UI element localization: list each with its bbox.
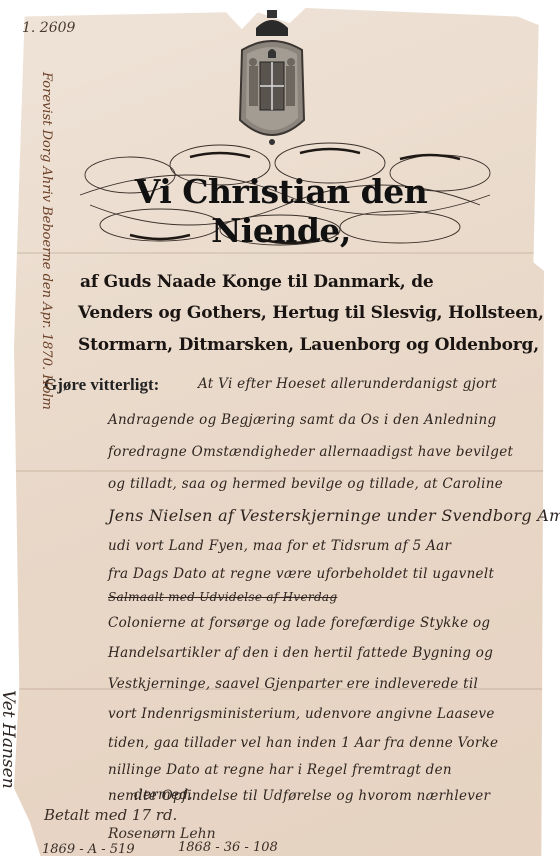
title-line: Stormarn, Ditmarsken, Lauenborg og Olden… [78, 335, 508, 355]
title-line: Venders og Gothers, Hertug til Slesvig, … [78, 303, 508, 323]
handwritten-line: Vestkjerninge, saavel Gjenparter ere ind… [108, 676, 478, 692]
signature: Vet Hansen [0, 690, 18, 789]
handwritten-line: udi vort Land Fyen, maa for et Tidsrum a… [108, 538, 451, 554]
struck-line: Salmaalt med Udvidelse af Hverdag [108, 590, 337, 604]
handwritten-line: At Vi efter Hoeset allerunderdanigst gjo… [198, 376, 497, 392]
handwritten-line: vort Indenrigsministerium, udenvore angi… [108, 706, 495, 722]
title-line: af Guds Naade Konge til Danmark, de [80, 272, 510, 292]
handwritten-line: Colonierne at forsørge og lade forefærdi… [108, 615, 490, 631]
handwritten-line: Andragende og Begjæring samt da Os i den… [108, 412, 496, 428]
closing-word: dermed. [134, 787, 193, 803]
handwritten-line: Handelsartikler af den i den hertil fatt… [108, 645, 493, 661]
handwritten-line: Jens Nielsen af Vesterskjerninge under S… [108, 506, 560, 525]
handwritten-line: og tilladt, saa og hermed bevilge og til… [108, 476, 503, 492]
coat-of-arms-icon [222, 10, 322, 150]
left-reference: 1869 - A - 519 [42, 842, 135, 857]
left-margin-note: Forevist Dorg Ahriv Beboerne den Apr. 18… [39, 72, 54, 410]
handwritten-line: nillinge Dato at regne har i Regel fremt… [108, 762, 452, 778]
document-title: Vi Christian den Niende, [86, 172, 476, 250]
payment-note: Betalt med 17 rd. [44, 806, 177, 824]
handwritten-line: tiden, gaa tillader vel han inden 1 Aar … [108, 735, 498, 751]
right-reference: 1868 - 36 - 108 [178, 840, 278, 855]
preamble: Gjøre vitterligt: [44, 375, 159, 395]
handwritten-line: fra Dags Dato at regne være uforbeholdet… [108, 566, 494, 582]
handwritten-line: foredragne Omstændigheder allernaadigst … [108, 444, 513, 460]
reference-number: 1. 2609 [22, 20, 75, 36]
fold-line [14, 470, 544, 472]
